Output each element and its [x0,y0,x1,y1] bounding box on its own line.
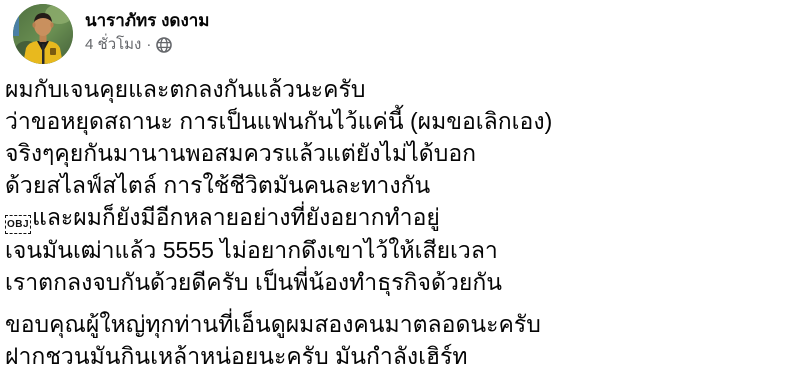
meta-separator: · [146,35,151,54]
post-header: นาราภัทร งดงาม 4 ชั่วโมง · [0,0,800,64]
post-paragraph: ขอบคุณผู้ใหญ่ทุกท่านที่เอ็นดูผมสองคนมาตล… [5,308,784,372]
author-name[interactable]: นาราภัทร งดงาม [85,10,210,31]
post-meta: 4 ชั่วโมง · [85,35,210,54]
avatar[interactable] [13,4,73,64]
timestamp[interactable]: 4 ชั่วโมง [85,35,141,54]
post-paragraph: ผมกับเจนคุยและตกลงกันแล้วนะครับว่าขอหยุด… [5,73,784,298]
globe-icon [156,37,172,53]
avatar-photo [13,4,73,64]
facebook-post: นาราภัทร งดงาม 4 ชั่วโมง · ผมกับเจนคุยแล… [0,0,800,372]
object-replacement-glyph: OBJ [5,215,31,234]
post-body: ผมกับเจนคุยและตกลงกันแล้วนะครับว่าขอหยุด… [0,73,800,372]
header-text: นาราภัทร งดงาม 4 ชั่วโมง · [85,4,210,54]
